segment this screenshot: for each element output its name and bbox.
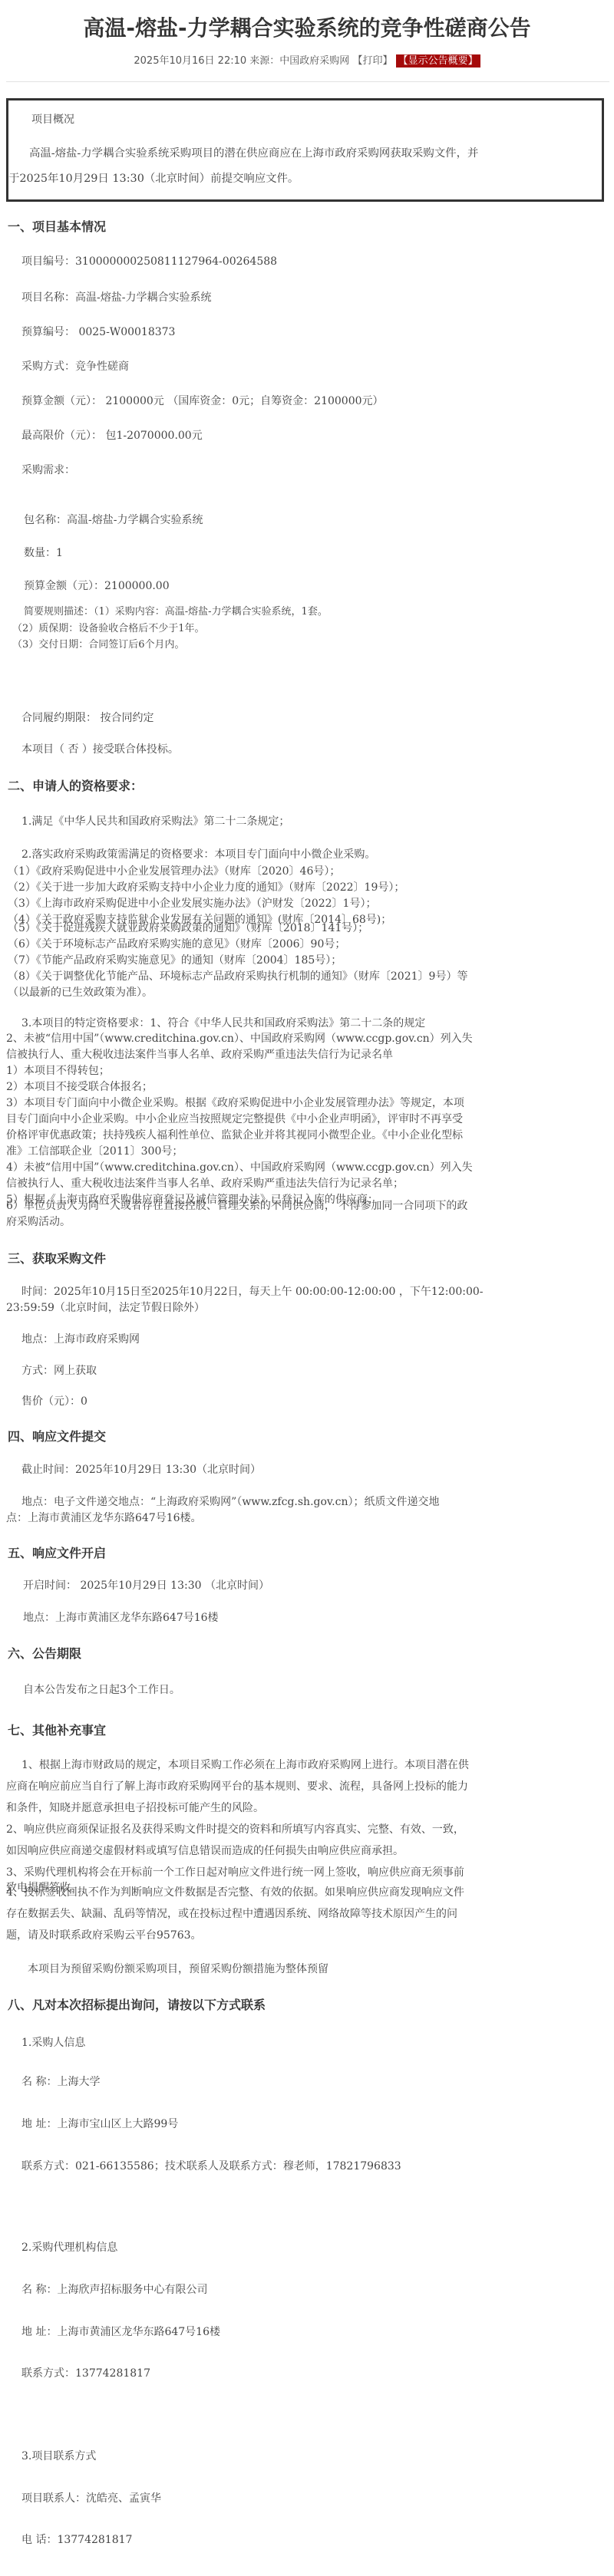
source-label: 来源：: [249, 55, 279, 67]
supplementary-item: 1、根据上海市财政局的规定，本项目采购工作必须在上海市政府采购网上进行。本项目潜…: [6, 1757, 469, 1772]
acquire-time-1: 时间：2025年10月15日至2025年10月22日，每天上午 00:00:00…: [21, 1283, 484, 1299]
specific-item[interactable]: 4）未被“信用中国”（www.creditchina.gov.cn）、中国政府采…: [6, 1159, 473, 1174]
show-summary-button[interactable]: 【显示公告概要】: [396, 54, 480, 68]
reserved-share: 本项目为预留采购份额采购项目，预留采购份额措施为整体预留: [28, 1961, 328, 1976]
budget-number: 预算编号： 0025-W00018373: [21, 324, 175, 339]
package-budget: 预算金额（元）：2100000.00: [24, 578, 170, 593]
submit-deadline: 截止时间：2025年10月29日 13:30（北京时间）: [21, 1461, 261, 1477]
rules-2: （2）质保期：设备验收合格后不少于1年。: [12, 620, 205, 634]
project-name: 项目名称：高温-熔盐-力学耦合实验系统: [21, 289, 211, 305]
section-6-heading: 六、公告期限: [8, 1644, 81, 1662]
section-7-heading: 七、其他补充事宜: [8, 1721, 106, 1738]
policy-item: （以最新的已生效政策为准）。: [8, 984, 153, 1000]
agent-title: 2.采购代理机构信息: [21, 2239, 117, 2255]
policy-item: （8）《关于调整优化节能产品、环境标志产品政府采购执行机制的通知》（财库〔202…: [8, 968, 467, 983]
submit-place-2: 点：上海市黄浦区龙华东路647号16楼。: [6, 1510, 202, 1525]
specific-item: 目专门面向中小企业采购。中小企业应当按照规定完整提供《中小企业声明函》，评审时不…: [6, 1111, 463, 1126]
header-divider: [6, 81, 609, 82]
agent-address: 地 址：上海市黄浦区龙华东路647号16楼: [21, 2324, 220, 2339]
open-place: 地点：上海市黄浦区龙华东路647号16楼: [23, 1609, 219, 1625]
supplementary-item: 存在数据丢失、缺漏、乱码等情况，或在投标过程中遭遇因系统、网络故障等技术原因产生…: [6, 1906, 457, 1921]
acquire-price: 售价（元）：0: [21, 1393, 87, 1408]
qualification-1: 1.满足《中华人民共和国政府采购法》第二十二条规定；: [21, 813, 289, 828]
max-price: 最高限价（元）： 包1-2070000.00元: [21, 427, 203, 443]
supplementary-item: 应商在响应前应当自行了解上海市政府采购网平台的基本规则、要求、流程，具备网上投标…: [6, 1778, 468, 1794]
supplementary-item: 如因响应供应商递交虚假材料或填写信息错误而造成的任何损失由响应供应商承担。: [6, 1843, 404, 1858]
overview-box: 项目概况 高温-熔盐-力学耦合实验系统采购项目的潜在供应商应在上海市政府采购网获…: [6, 98, 604, 202]
project-number: 项目编号：310000000250811127964-00264588: [21, 253, 277, 268]
source: 中国政府采购网: [279, 55, 349, 67]
policy-item: （7）《节能产品政府采购实施意见》的通知（财库〔2004〕185号）；: [8, 952, 342, 967]
publish-date: 2025年10月16日 22:10: [134, 55, 246, 67]
supplementary-item: 3、采购代理机构将会在开标前一个工作日起对响应文件进行统一网上签收，响应供应商无…: [6, 1864, 464, 1879]
acquire-time-2: 23:59:59（北京时间，法定节假日除外）: [6, 1300, 205, 1315]
qualification-2: 2.落实政府采购政策需满足的资格要求：本项目专门面向中小微企业采购。: [21, 846, 375, 861]
specific-item: 2）本项目不接受联合体报名；: [6, 1079, 153, 1094]
specific-item[interactable]: 2、未被“信用中国”（www.creditchina.gov.cn）、中国政府采…: [6, 1030, 473, 1046]
supplementary-item: 题，请及时联系政府采购云平台95763。: [6, 1927, 202, 1942]
buyer-name: 名 称：上海大学: [21, 2074, 100, 2089]
section-8-heading: 八、凡对本次招标提出询问，请按以下方式联系: [8, 1995, 266, 2013]
notice-period: 自本公告发布之日起3个工作日。: [23, 1682, 180, 1697]
overview-text-1: 高温-熔盐-力学耦合实验系统采购项目的潜在供应商应在上海市政府采购网获取采购文件…: [29, 144, 478, 160]
consortium: 本项目（ 否 ）接受联合体投标。: [21, 741, 179, 756]
acquire-place: 地点：上海市政府采购网: [21, 1331, 140, 1346]
project-contact-phone: 电 话：13774281817: [21, 2532, 132, 2547]
submit-place-1: 地点：电子文件递交地点：“上海政府采购网”（www.zfcg.sh.gov.cn…: [21, 1494, 439, 1509]
policy-item: （1）《政府采购促进中小企业发展管理办法》（财库〔2020〕46号）；: [8, 863, 340, 878]
policy-item: （2）《关于进一步加大政府采购支持中小企业力度的通知》（财库〔2022〕19号）…: [8, 879, 404, 894]
requirements-label: 采购需求：: [21, 462, 75, 477]
project-contact-title: 3.项目联系方式: [21, 2448, 96, 2463]
print-link[interactable]: 【打印】: [352, 55, 392, 67]
policy-item: （3）《上海市政府采购促进中小企业发展实施办法》（沪财发〔2022〕1号）；: [8, 895, 376, 911]
project-contact-person: 项目联系人：沈皓亮、孟寅华: [21, 2490, 161, 2505]
section-5-heading: 五、响应文件开启: [8, 1543, 106, 1561]
policy-item: （5）《关于促进残疾人就业政府采购政策的通知》（财库〔2018〕141号）；: [8, 920, 368, 935]
budget-amount: 预算金额（元）： 2100000元 （国库资金：0元；自筹资金：2100000元…: [21, 393, 384, 408]
section-1-heading: 一、项目基本情况: [8, 217, 106, 235]
overview-heading: 项目概况: [31, 111, 74, 127]
specific-item: 价格评审优惠政策；扶持残疾人福利性单位、监狱企业并将其视同小微型企业。《中小企业…: [6, 1127, 463, 1142]
overview-text-2: 于2025年10月29日 13:30（北京时间）前提交响应文件。: [8, 170, 299, 186]
specific-item: 信被执行人、重大税收违法案件当事人名单、政府采购严重违法失信行为记录名单；: [6, 1175, 404, 1191]
section-3-heading: 三、获取采购文件: [8, 1249, 106, 1267]
buyer-title: 1.采购人信息: [21, 2034, 85, 2050]
supplementary-item: 4、投标签收回执不作为判断响应文件数据是否完整、有效的依据。如果响应供应商发现响…: [6, 1884, 464, 1899]
supplementary-item: 2、响应供应商须保证报名及获得采购文件时提交的资料和所填写内容真实、完整、有效、…: [6, 1821, 464, 1836]
page-title: 高温-熔盐-力学耦合实验系统的竞争性磋商公告: [0, 12, 614, 42]
section-4-heading: 四、响应文件提交: [8, 1427, 106, 1444]
specific-item: 6）单位负责人为同一人或者存在直接控股、管理关系的不同供应商， 不得参加同一合同…: [6, 1197, 467, 1213]
quantity: 数量：1: [24, 545, 63, 560]
specific-item: 府采购活动。: [6, 1214, 71, 1229]
rules-3: （3）交付日期：合同签订后6个月内。: [12, 636, 185, 651]
supplementary-item: 和条件，知晓并愿意承担电子招投标可能产生的风险。: [6, 1800, 264, 1815]
specific-item: 1）本项目不得转包；: [6, 1062, 110, 1078]
policy-item: （6）《关于环境标志产品政府采购实施的意见》（财库〔2006〕90号；: [8, 936, 345, 951]
buyer-contact: 联系方式：021-66135586；技术联系人及联系方式：穆老师，1782179…: [21, 2158, 401, 2173]
acquire-method: 方式：网上获取: [21, 1362, 97, 1378]
buyer-address: 地 址：上海市宝山区上大路99号: [21, 2116, 178, 2131]
meta-bar: 2025年10月16日 22:10 来源：中国政府采购网 【打印】 【显示公告概…: [0, 52, 614, 67]
qualification-3: 3.本项目的特定资格要求：1、符合《中华人民共和国政府采购法》第二十二条的规定: [21, 1015, 425, 1030]
specific-item: 信被执行人、重大税收违法案件当事人名单、政府采购严重违法失信行为记录名单: [6, 1046, 393, 1062]
rules-1: 简要规则描述：（1）采购内容：高温-熔盐-力学耦合实验系统，1套。: [24, 603, 328, 618]
section-2-heading: 二、申请人的资格要求：: [8, 776, 143, 794]
agent-name: 名 称：上海欣声招标服务中心有限公司: [21, 2281, 207, 2297]
specific-item: 3）本项目专门面向中小微企业采购。根据《政府采购促进中小企业发展管理办法》等规定…: [6, 1095, 464, 1110]
contract-period: 合同履约期限： 按合同约定: [21, 710, 153, 725]
open-time: 开启时间： 2025年10月29日 13:30 （北京时间）: [23, 1577, 269, 1593]
package-name: 包名称：高温-熔盐-力学耦合实验系统: [24, 512, 203, 527]
procurement-method: 采购方式：竞争性磋商: [21, 358, 129, 374]
specific-item: 准》工信部联企业〔2011〕300号；: [6, 1143, 183, 1158]
agent-contact: 联系方式：13774281817: [21, 2365, 150, 2380]
